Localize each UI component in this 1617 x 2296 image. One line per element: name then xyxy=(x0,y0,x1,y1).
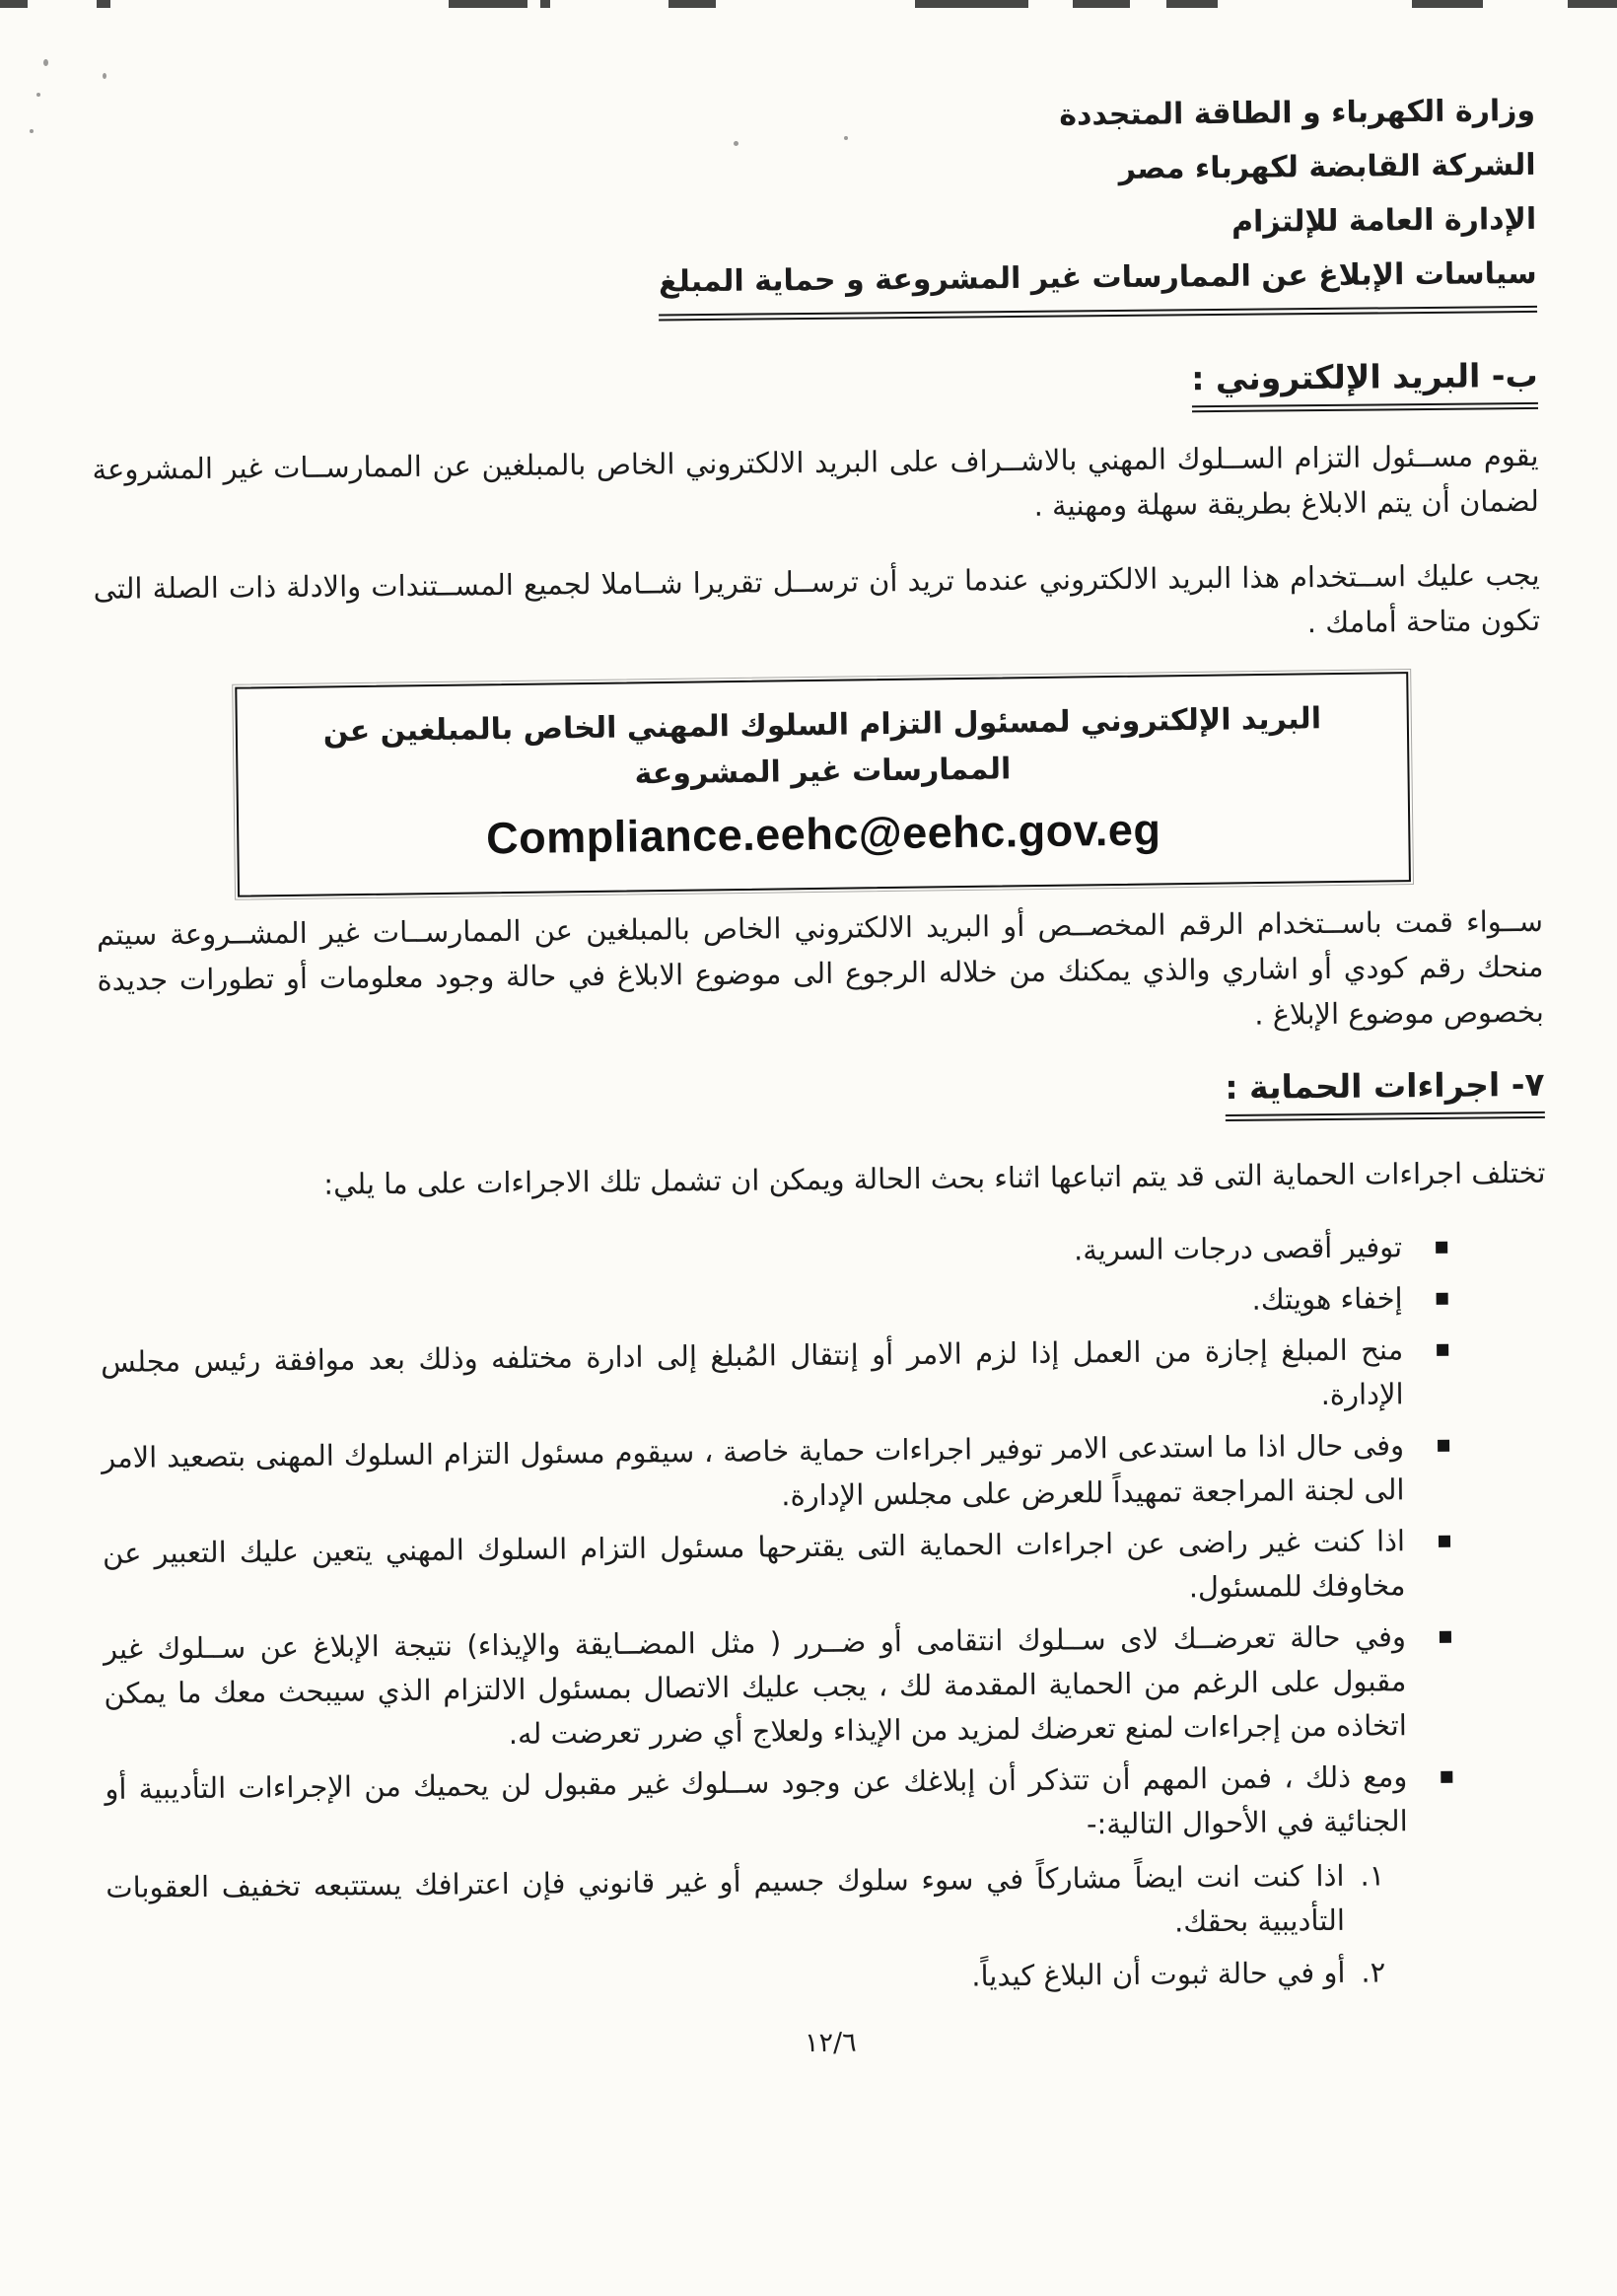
list-item: منح المبلغ إجازة من العمل إذا لزم الامر … xyxy=(101,1327,1449,1429)
protection-bullet-list: توفير أقصى درجات السرية. إخفاء هويتك. من… xyxy=(100,1224,1552,1856)
email-box: البريد الإلكتروني لمسئول التزام السلوك ا… xyxy=(235,672,1411,897)
list-item: اذا كنت غير راضى عن اجراءات الحماية التى… xyxy=(103,1519,1451,1620)
list-item: وفي حالة تعرضــك لاى ســلوك انتقامى أو ض… xyxy=(104,1614,1452,1760)
list-item: توفير أقصى درجات السرية. xyxy=(100,1225,1447,1282)
item-number: ١. xyxy=(1360,1853,1385,1942)
page-number: ١٢/٦ xyxy=(107,2021,1554,2065)
list-item: وفى حال اذا ما استدعى الامر توفير اجراءا… xyxy=(102,1423,1450,1525)
section-heading-protection: ٧- اجراءات الحماية : xyxy=(98,1063,1544,1132)
bullet-text: إخفاء هويتك. xyxy=(101,1276,1403,1333)
scanned-document-page: وزارة الكهرباء و الطاقة المتجددة الشركة … xyxy=(0,0,1617,2296)
paragraph: يجب عليك اســتخدام هذا البريد الالكتروني… xyxy=(93,552,1540,657)
bullet-text: اذا كنت غير راضى عن اجراءات الحماية التى… xyxy=(103,1519,1406,1620)
email-box-title: البريد الإلكتروني لمسئول التزام السلوك ا… xyxy=(271,696,1374,803)
list-item: ومع ذلك ، فمن المهم أن تتذكر أن إبلاغك ع… xyxy=(105,1755,1453,1856)
square-bullet-icon xyxy=(1439,1536,1450,1547)
bullet-text: منح المبلغ إجازة من العمل إذا لزم الامر … xyxy=(101,1327,1404,1429)
bullet-text: توفير أقصى درجات السرية. xyxy=(100,1225,1402,1282)
item-number: ٢. xyxy=(1361,1950,1385,1994)
square-bullet-icon xyxy=(1441,1771,1452,1783)
list-item: إخفاء هويتك. xyxy=(101,1276,1448,1333)
letterhead: وزارة الكهرباء و الطاقة المتجددة الشركة … xyxy=(89,84,1537,326)
item-text: أو في حالة ثبوت أن البلاغ كيدياً. xyxy=(106,1951,1346,2007)
exceptions-numbered-list: ١. اذا كنت انت ايضاً مشاركاً في سوء سلوك… xyxy=(105,1852,1553,2007)
document-content: وزارة الكهرباء و الطاقة المتجددة الشركة … xyxy=(0,0,1617,2066)
list-item: ١. اذا كنت انت ايضاً مشاركاً في سوء سلوك… xyxy=(105,1853,1385,1954)
square-bullet-icon xyxy=(1436,1242,1447,1254)
paragraph: يقوم مســئول التزام الســلوك المهني بالا… xyxy=(92,433,1539,538)
item-text: اذا كنت انت ايضاً مشاركاً في سوء سلوك جس… xyxy=(105,1854,1345,1955)
square-bullet-icon xyxy=(1437,1344,1448,1356)
bullet-text: ومع ذلك ، فمن المهم أن تتذكر أن إبلاغك ع… xyxy=(105,1755,1408,1856)
policy-title: سياسات الإبلاغ عن الممارسات غير المشروعة… xyxy=(90,247,1537,326)
bullet-text: وفي حالة تعرضــك لاى ســلوك انتقامى أو ض… xyxy=(104,1614,1407,1760)
bullet-text: وفى حال اذا ما استدعى الامر توفير اجراءا… xyxy=(102,1423,1405,1525)
square-bullet-icon xyxy=(1438,1440,1449,1452)
paragraph: ســواء قمت باســتخدام الرقم المخصــص أو … xyxy=(97,898,1544,1048)
list-item: ٢. أو في حالة ثبوت أن البلاغ كيدياً. xyxy=(106,1950,1385,2006)
square-bullet-icon xyxy=(1440,1631,1451,1643)
square-bullet-icon xyxy=(1437,1293,1448,1305)
protection-intro: تختلف اجراءات الحماية التى قد يتم اتباعه… xyxy=(99,1150,1545,1209)
compliance-email-address: Compliance.eehc@eehc.gov.eg xyxy=(272,802,1375,868)
section-heading-email: ب- البريد الإلكتروني : xyxy=(92,354,1538,423)
